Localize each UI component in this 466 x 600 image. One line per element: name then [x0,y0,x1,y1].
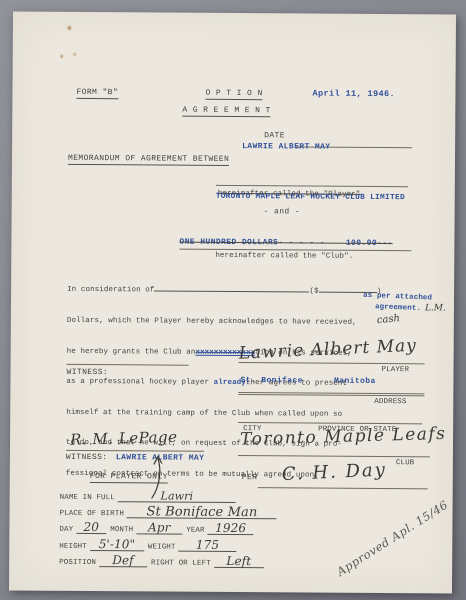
player-label: PLAYER [382,366,410,374]
month-value-handwriting: Apr [136,522,182,534]
address-label: ADDRESS [374,398,406,406]
birthplace-label: PLACE OF BIRTH [59,510,123,518]
birthplace-value-handwriting: St Boniface Man [127,506,277,519]
weight-label: WEIGHT [148,543,176,551]
date-label: DATE [264,131,285,140]
witness-label-2: WITNESS: [66,453,108,462]
day-value-handwriting: 20 [76,522,106,534]
paper-stain [74,53,76,56]
and-separator: - and - [264,207,300,216]
birthplace-row: PLACE OF BIRTHSt Boniface Man [59,506,277,520]
name-value-handwriting: Lawri [118,490,236,503]
photo-background: FORM "B" O P T I O N April 11, 1946. A G… [0,0,466,600]
approved-pencil-note: Approved Apl. 15/46 [321,489,463,587]
paper-stain [61,55,63,58]
position-label: POSITION [59,559,96,567]
margin-initials-handwriting: L.M. [425,303,446,313]
amount-blank-line [179,249,411,252]
paragraph-line-1: In consideration of($) [67,284,383,297]
club-label: CLUB [396,459,414,467]
club-name-stamp: TORONTO MAPLE LEAF HOCKEY CLUB LIMITED [216,193,405,202]
line1-open-paren: ($ [309,288,318,296]
paragraph-line-5: himself at the training camp of the Club… [66,408,382,420]
year-value-handwriting: 1926 [208,523,254,535]
club-clause: hereinafter called the "Club". [215,252,353,261]
per-label: PER [242,473,258,482]
amount-stamp: ONE HUNDRED DOLLARS- - - - - 100.00--- [179,238,392,248]
name-label: NAME IN FULL [60,494,115,502]
right-or-left-value-handwriting: Left [214,556,264,568]
line4-prefix: as a professional hockey player [66,378,213,387]
paper-stain [68,26,71,30]
right-or-left-label: RIGHT OR LEFT [151,559,211,567]
name-row: NAME IN FULLLawri [60,490,236,503]
birthdate-row: DAY20MONTHAprYEAR1926 [59,522,253,535]
amount-words-blank [154,285,309,293]
witness-label-1: WITNESS: [66,368,108,377]
day-label: DAY [59,526,73,534]
option-title: O P T I O N [205,89,262,100]
weight-value-handwriting: 175 [178,540,236,552]
witness-signature: R. M. LePage [70,428,178,449]
position-row: POSITIONDefRIGHT OR LEFTLeft [59,555,264,568]
address-stamp: St. Boniface Manitoba [240,376,375,386]
height-value-handwriting: 5'-10" [90,539,144,551]
form-label: FORM "B" [76,88,118,99]
memorandum-heading: MEMORANDUM OF AGREEMENT BETWEEN [68,154,229,166]
document-paper: FORM "B" O P T I O N April 11, 1946. A G… [9,11,456,593]
margin-cash-handwriting: cash [376,313,400,326]
party-blank-line [216,185,408,187]
height-label: HEIGHT [59,543,87,551]
agreement-title: A G R E E M E N T [182,106,270,118]
month-label: MONTH [110,526,133,534]
player-name-stamp: LAWRIE ALBERT MAY [242,142,330,152]
line3-prefix: he hereby grants the Club an [67,347,196,356]
line1-prefix: In consideration of [67,286,154,295]
paragraph-line-2: Dollars, which the Player hereby acknowl… [67,316,383,328]
year-label: YEAR [186,527,204,535]
typed-date-stamp: April 11, 1946. [312,89,395,100]
height-weight-row: HEIGHT5'-10"WEIGHT175 [59,539,236,552]
position-value-handwriting: Def [99,555,147,567]
